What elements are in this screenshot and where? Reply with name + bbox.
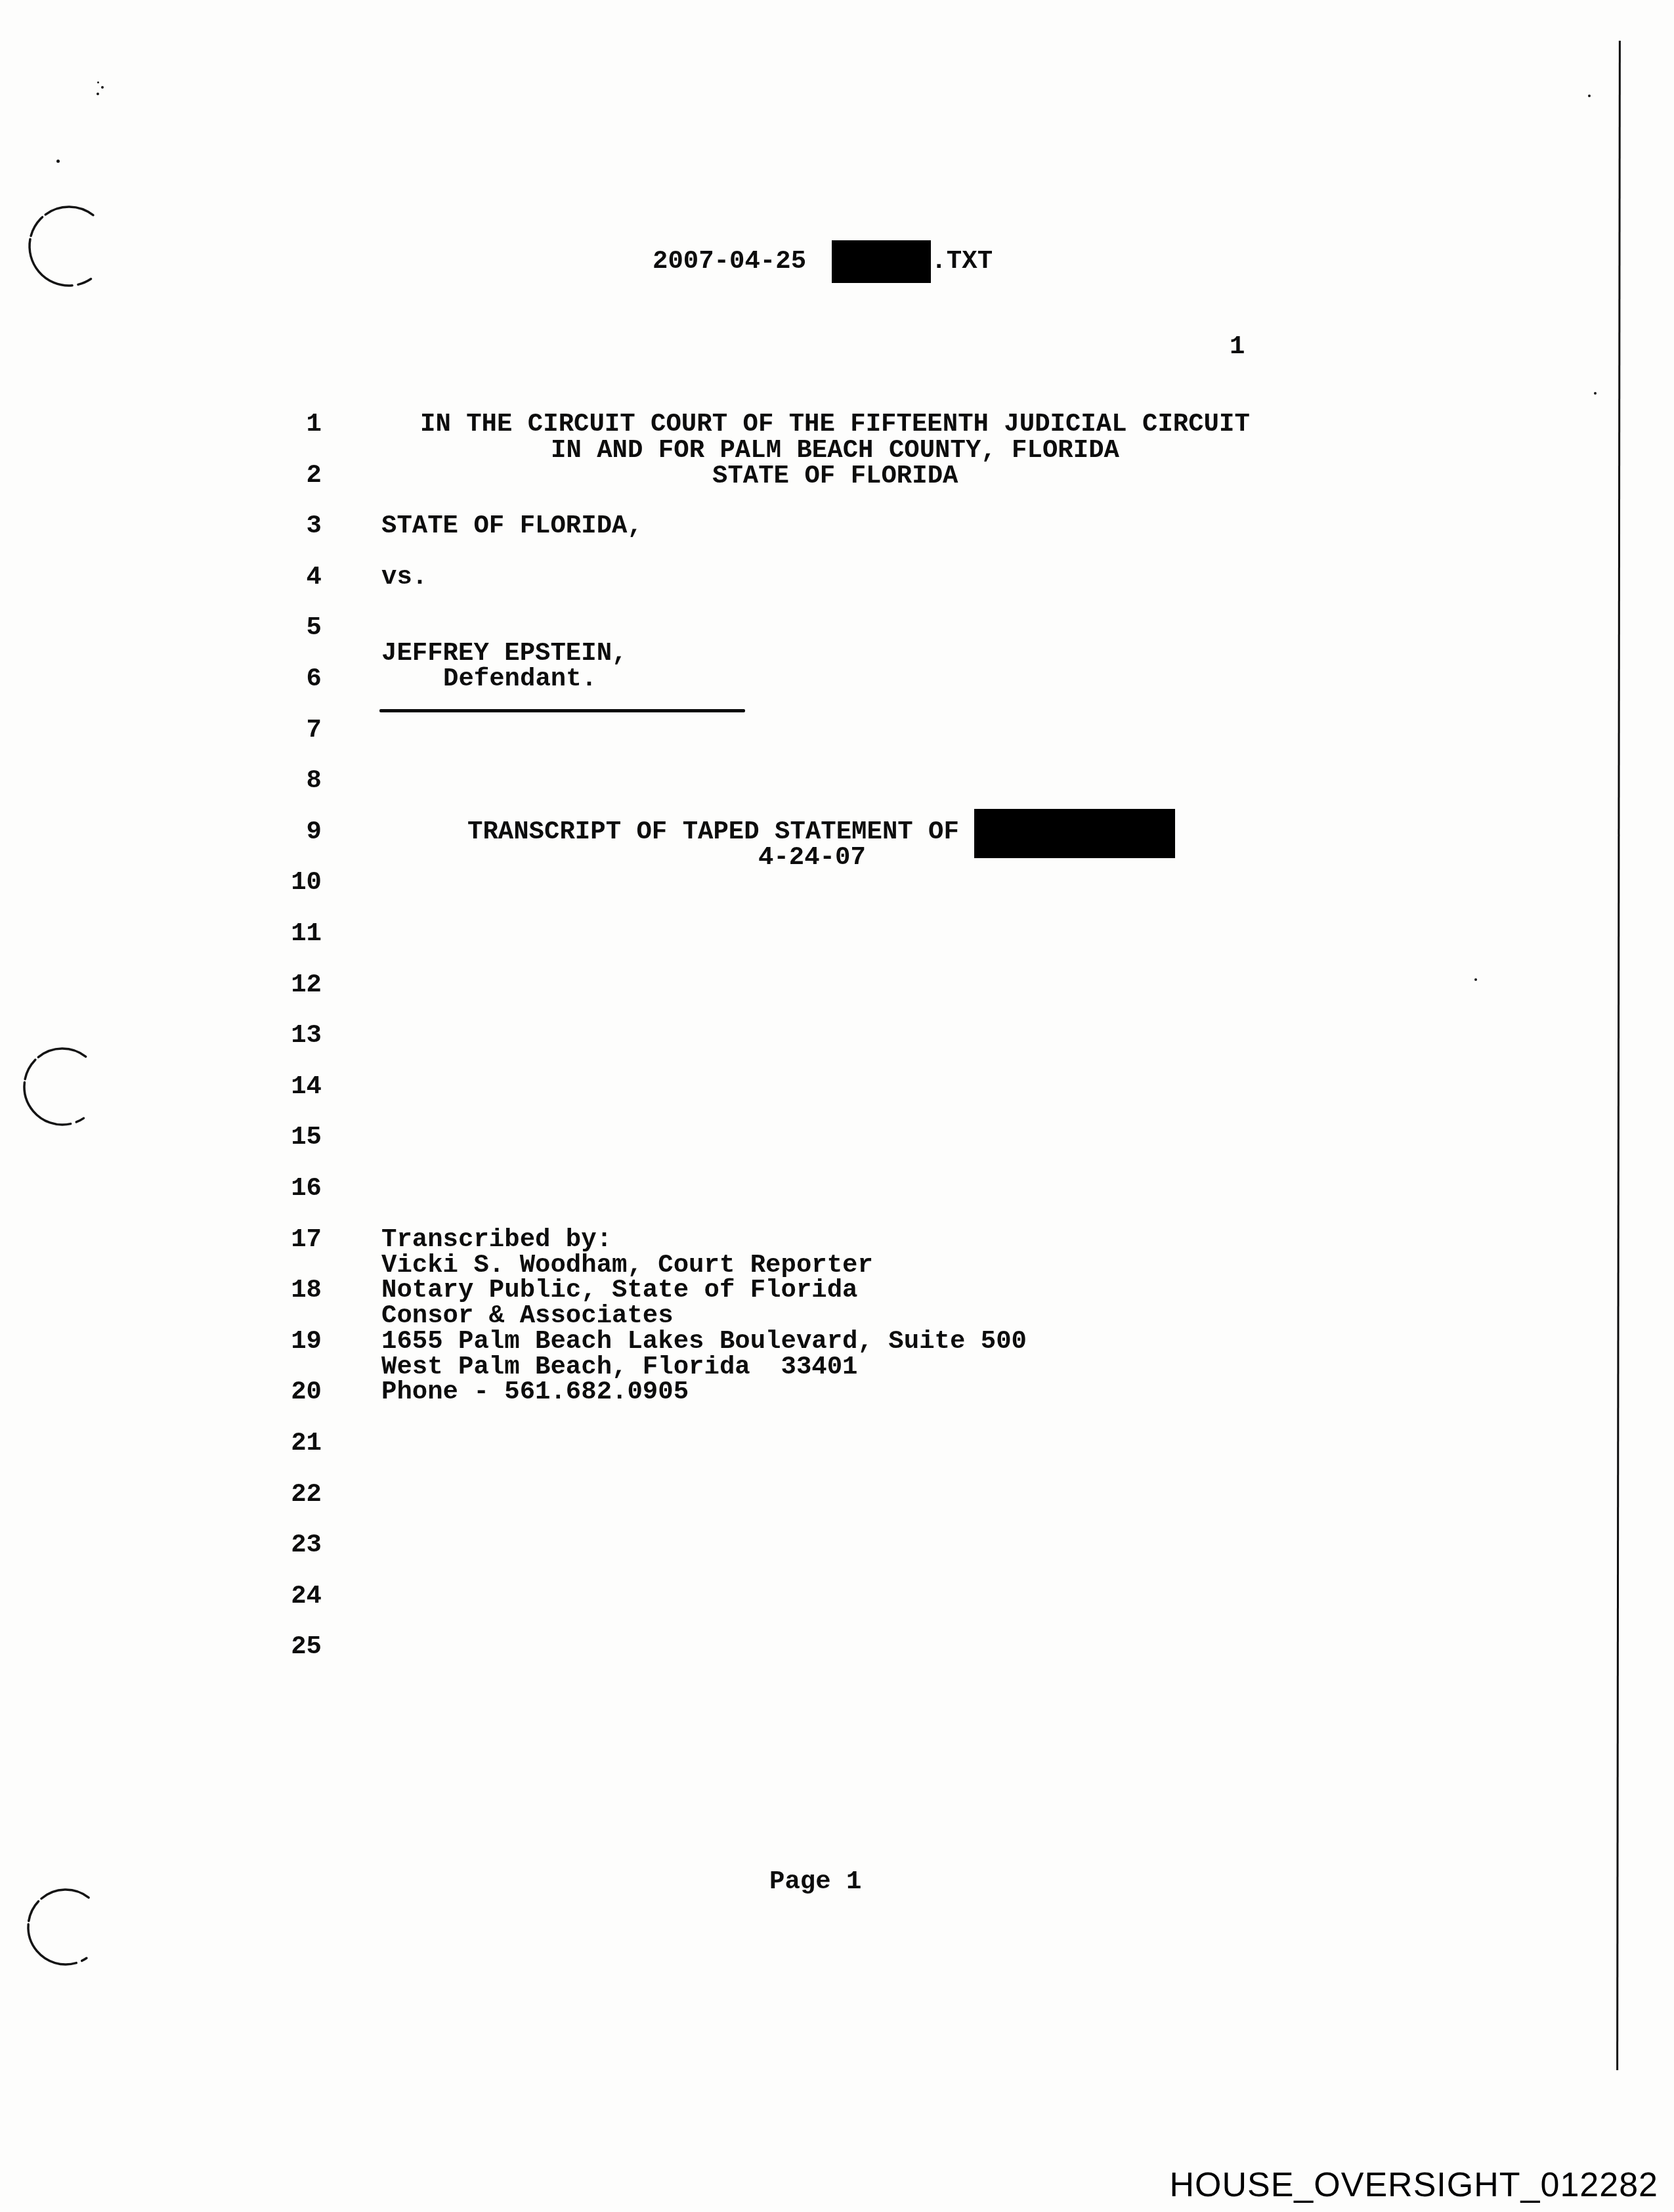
- line-number: 21: [249, 1431, 322, 1456]
- redaction-box-filename: [832, 240, 931, 283]
- scan-edge-line: [1616, 41, 1621, 2070]
- line-number: 2: [249, 463, 322, 488]
- text-line: STATE OF FLORIDA: [712, 464, 958, 489]
- text-line: Consor & Associates: [381, 1303, 674, 1329]
- text-line: TRANSCRIPT OF TAPED STATEMENT OF: [467, 819, 959, 845]
- line-number: 18: [249, 1278, 322, 1303]
- line-number: 17: [249, 1227, 322, 1253]
- text-line: Notary Public, State of Florida: [381, 1278, 858, 1303]
- text-line: IN THE CIRCUIT COURT OF THE FIFTEENTH JU…: [420, 412, 1250, 437]
- line-number: 24: [249, 1584, 322, 1609]
- line-number: 6: [249, 666, 322, 692]
- text-line: 4-24-07: [758, 845, 866, 871]
- line-number: 23: [249, 1532, 322, 1558]
- line-number: 9: [249, 819, 322, 845]
- line-number: 10: [249, 870, 322, 896]
- text-line: Transcribed by:: [381, 1227, 612, 1253]
- text-line: Vicki S. Woodham, Court Reporter: [381, 1253, 873, 1278]
- scan-speck: [1474, 978, 1477, 981]
- scan-speck: [1594, 392, 1597, 395]
- line-number: 5: [249, 615, 322, 641]
- text-line: IN AND FOR PALM BEACH COUNTY, FLORIDA: [551, 438, 1119, 464]
- line-number: 7: [249, 718, 322, 743]
- text-line: West Palm Beach, Florida 33401: [381, 1355, 858, 1380]
- header-date: 2007-04-25: [653, 247, 821, 276]
- text-line: vs.: [381, 565, 427, 590]
- scan-speck: [56, 160, 60, 163]
- text-line: Phone - 561.682.0905: [381, 1379, 689, 1405]
- hole-punch-mark: [26, 203, 112, 290]
- scanned-transcript-page: 2007-04-25 .TXT 1 1234567891011121314151…: [0, 0, 1674, 2212]
- hole-punch-mark: [24, 1886, 107, 1968]
- header-extension: .TXT: [931, 247, 993, 276]
- line-number: 8: [249, 768, 322, 794]
- page-footer: Page 1: [769, 1869, 861, 1895]
- scan-speck: [97, 93, 99, 95]
- line-number: 20: [249, 1379, 322, 1405]
- line-number: 16: [249, 1176, 322, 1202]
- line-number: 14: [249, 1074, 322, 1100]
- text-line: 1655 Palm Beach Lakes Boulevard, Suite 5…: [381, 1329, 1027, 1355]
- line-number: 22: [249, 1482, 322, 1507]
- scan-speck: [97, 81, 99, 83]
- text-line: STATE OF FLORIDA,: [381, 513, 643, 539]
- document-header: 2007-04-25 .TXT: [653, 240, 993, 283]
- line-number: 11: [249, 921, 322, 947]
- line-number: 3: [249, 513, 322, 539]
- redaction-box-name: [974, 809, 1175, 858]
- signature-rule: [379, 709, 745, 712]
- line-number: 12: [249, 972, 322, 998]
- scan-speck: [1588, 95, 1591, 97]
- line-number: 13: [249, 1023, 322, 1049]
- line-number: 15: [249, 1125, 322, 1150]
- line-number: 4: [249, 565, 322, 590]
- line-number: 1: [249, 412, 322, 437]
- text-line: Defendant.: [443, 666, 597, 692]
- line-number: 25: [249, 1634, 322, 1660]
- line-number: 19: [249, 1329, 322, 1355]
- page-number: 1: [1230, 334, 1245, 360]
- text-line: JEFFREY EPSTEIN,: [381, 641, 627, 666]
- scan-speck: [101, 86, 104, 89]
- hole-punch-mark: [20, 1045, 104, 1129]
- bates-stamp: HOUSE_OVERSIGHT_012282: [1169, 2168, 1658, 2202]
